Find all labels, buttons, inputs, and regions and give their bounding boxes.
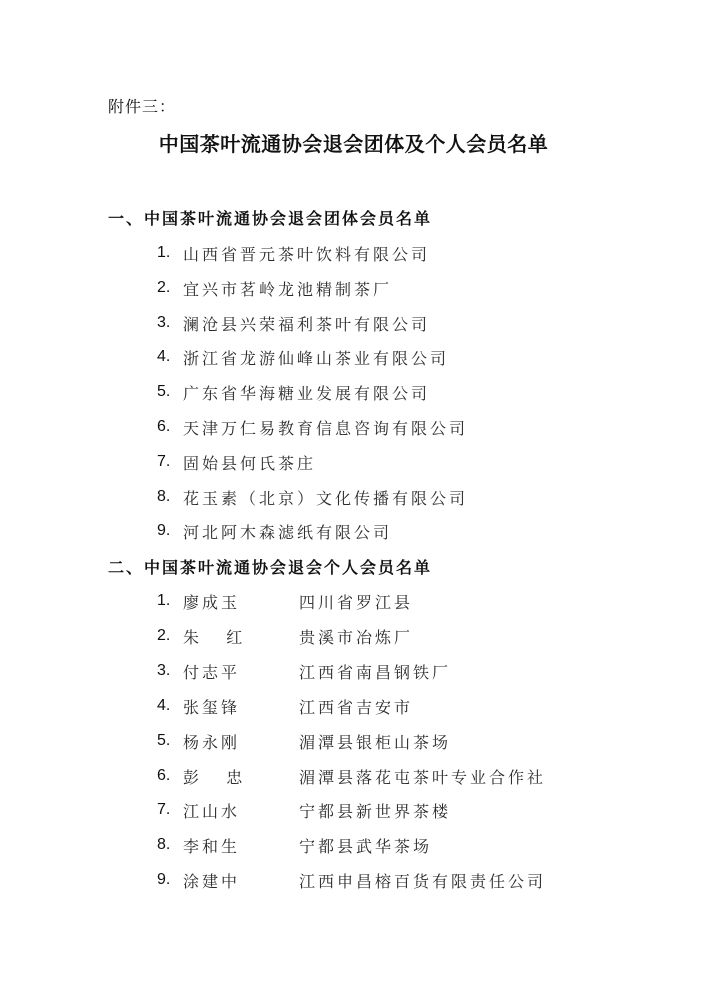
item-number: 8. xyxy=(157,488,183,506)
item-number: 2. xyxy=(157,627,183,645)
member-name: 朱 红 xyxy=(183,625,299,648)
organization-name: 花玉素（北京）文化传播有限公司 xyxy=(183,486,468,509)
organization-name: 河北阿木森滤纸有限公司 xyxy=(183,520,392,543)
list-item: 4. 张玺锋 江西省吉安市 xyxy=(157,694,413,718)
list-item: 3. 澜沧县兴荣福利茶叶有限公司 xyxy=(157,311,430,335)
item-number: 5. xyxy=(157,732,183,750)
list-item: 8. 花玉素（北京）文化传播有限公司 xyxy=(157,485,468,509)
section-heading-group: 一、中国茶叶流通协会退会团体会员名单 xyxy=(108,206,432,229)
member-organization: 四川省罗江县 xyxy=(299,590,413,613)
member-organization: 江西省吉安市 xyxy=(299,695,413,718)
organization-name: 澜沧县兴荣福利茶叶有限公司 xyxy=(183,312,430,335)
item-number: 6. xyxy=(157,418,183,436)
item-number: 2. xyxy=(157,279,183,297)
item-number: 5. xyxy=(157,383,183,401)
member-name: 廖成玉 xyxy=(183,590,299,613)
item-number: 4. xyxy=(157,348,183,366)
member-name: 李和生 xyxy=(183,834,299,857)
item-number: 9. xyxy=(157,871,183,889)
item-number: 3. xyxy=(157,314,183,332)
item-number: 8. xyxy=(157,836,183,854)
list-item: 9. 河北阿木森滤纸有限公司 xyxy=(157,519,392,543)
member-name: 张玺锋 xyxy=(183,695,299,718)
item-number: 9. xyxy=(157,522,183,540)
member-name: 付志平 xyxy=(183,660,299,683)
item-number: 3. xyxy=(157,662,183,680)
item-number: 7. xyxy=(157,801,183,819)
list-item: 6. 彭 忠 湄潭县落花屯茶叶专业合作社 xyxy=(157,764,546,788)
list-item: 2. 朱 红 贵溪市冶炼厂 xyxy=(157,624,413,648)
organization-name: 宜兴市茗岭龙池精制茶厂 xyxy=(183,277,392,300)
member-organization: 江西省南昌钢铁厂 xyxy=(299,660,451,683)
member-name: 涂建中 xyxy=(183,869,299,892)
list-item: 4. 浙江省龙游仙峰山茶业有限公司 xyxy=(157,345,449,369)
list-item: 8. 李和生 宁都县武华茶场 xyxy=(157,833,432,857)
item-number: 1. xyxy=(157,592,183,610)
organization-name: 固始县何氏茶庄 xyxy=(183,451,316,474)
list-item: 9. 涂建中 江西申昌榕百货有限责任公司 xyxy=(157,868,546,892)
list-item: 1. 山西省晋元茶叶饮料有限公司 xyxy=(157,241,430,265)
item-number: 4. xyxy=(157,697,183,715)
list-item: 7. 江山水 宁都县新世界茶楼 xyxy=(157,798,451,822)
organization-name: 天津万仁易教育信息咨询有限公司 xyxy=(183,416,468,439)
organization-name: 广东省华海糖业发展有限公司 xyxy=(183,381,430,404)
list-item: 5. 杨永刚 湄潭县银柜山茶场 xyxy=(157,729,451,753)
member-organization: 湄潭县银柜山茶场 xyxy=(299,730,451,753)
list-item: 1. 廖成玉 四川省罗江县 xyxy=(157,589,413,613)
list-item: 2. 宜兴市茗岭龙池精制茶厂 xyxy=(157,276,392,300)
list-item: 5. 广东省华海糖业发展有限公司 xyxy=(157,380,430,404)
list-item: 6. 天津万仁易教育信息咨询有限公司 xyxy=(157,415,468,439)
list-item: 7. 固始县何氏茶庄 xyxy=(157,450,316,474)
member-name: 杨永刚 xyxy=(183,730,299,753)
member-organization: 江西申昌榕百货有限责任公司 xyxy=(299,869,546,892)
member-organization: 贵溪市冶炼厂 xyxy=(299,625,413,648)
document-title: 中国茶叶流通协会退会团体及个人会员名单 xyxy=(0,128,707,157)
member-organization: 宁都县武华茶场 xyxy=(299,834,432,857)
member-organization: 湄潭县落花屯茶叶专业合作社 xyxy=(299,765,546,788)
organization-name: 浙江省龙游仙峰山茶业有限公司 xyxy=(183,346,449,369)
section-heading-individual: 二、中国茶叶流通协会退会个人会员名单 xyxy=(108,555,432,578)
item-number: 7. xyxy=(157,453,183,471)
organization-name: 山西省晋元茶叶饮料有限公司 xyxy=(183,242,430,265)
member-name: 彭 忠 xyxy=(183,765,299,788)
item-number: 6. xyxy=(157,767,183,785)
attachment-label: 附件三： xyxy=(108,94,176,117)
list-item: 3. 付志平 江西省南昌钢铁厂 xyxy=(157,659,451,683)
member-organization: 宁都县新世界茶楼 xyxy=(299,799,451,822)
item-number: 1. xyxy=(157,244,183,262)
member-name: 江山水 xyxy=(183,799,299,822)
